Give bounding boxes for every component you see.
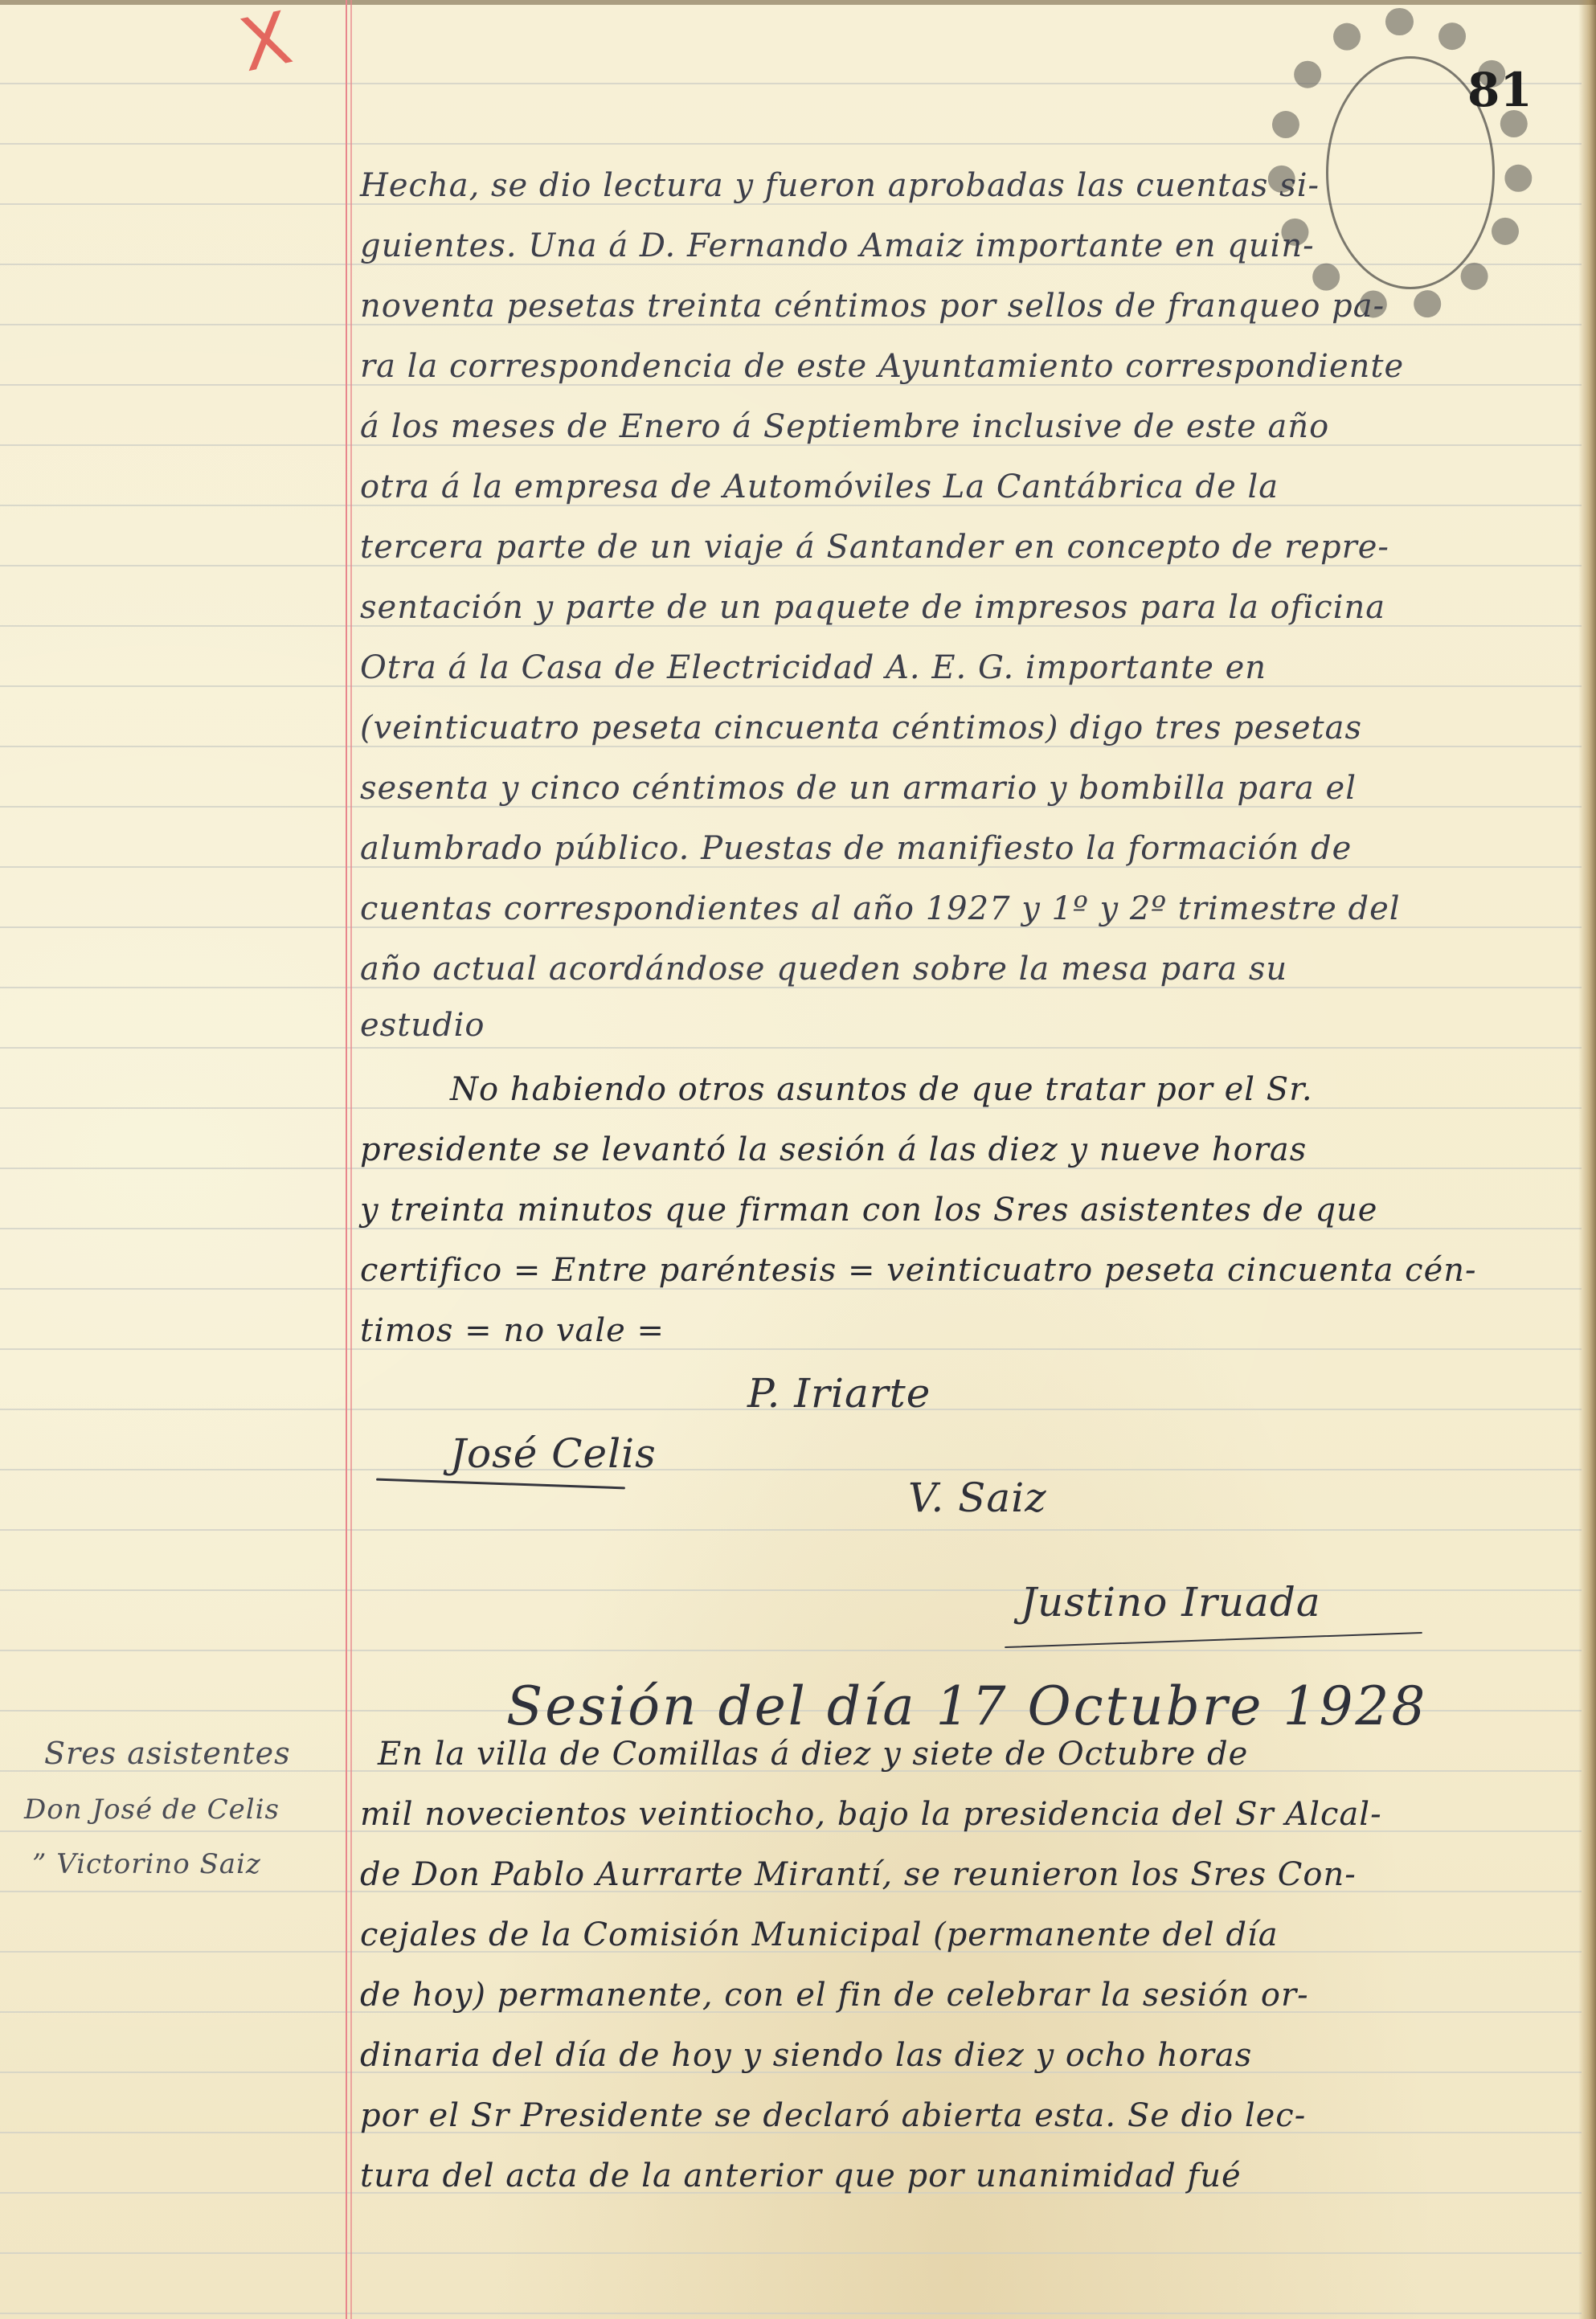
ledger-page: X 81 Hecha, se dio lectura y fueron apro… (0, 0, 1596, 2319)
text-line: Hecha, se dio lectura y fueron aprobadas… (360, 167, 1320, 204)
text-line: En la villa de Comillas á diez y siete d… (378, 1736, 1248, 1773)
page-number: 81 (1467, 63, 1533, 117)
margin-note: Sres asistentes (44, 1736, 291, 1771)
text-line: dinaria del día de hoy y siendo las diez… (360, 2037, 1252, 2074)
margin-rule (346, 0, 347, 2319)
ruled-line (0, 2313, 1582, 2314)
text-line: tura del acta de la anterior que por una… (360, 2157, 1242, 2194)
margin-note: ” Victorino Saiz (32, 1848, 261, 1880)
text-line: de hoy) permanente, con el fin de celebr… (360, 1977, 1309, 2014)
closing-line: y treinta minutos que firman con los Sre… (360, 1192, 1377, 1229)
margin-rule-secondary (350, 0, 352, 2319)
closing-line: certifico = Entre paréntesis = veinticua… (360, 1252, 1477, 1289)
ruled-line (0, 1047, 1582, 1049)
ruled-line (0, 1348, 1582, 1350)
closing-line: No habiendo otros asuntos de que tratar … (450, 1071, 1313, 1108)
session-heading: Sesión del día 17 Octubre 1928 (506, 1675, 1427, 1737)
ruled-line (0, 2252, 1582, 2254)
ruled-line (0, 1650, 1582, 1651)
closing-line: presidente se levantó la sesión á las di… (360, 1131, 1307, 1168)
page-binding-edge (1578, 0, 1596, 2319)
signature: Justino Iruada (1021, 1579, 1321, 1626)
text-line: (veinticuatro peseta cincuenta céntimos)… (360, 710, 1362, 746)
text-line: mil novecientos veintiocho, bajo la pres… (360, 1796, 1382, 1833)
red-x-mark: X (233, 0, 299, 88)
margin-note: Don José de Celis (24, 1793, 280, 1826)
text-line: otra á la empresa de Automóviles La Cant… (360, 468, 1279, 505)
signature: P. Iriarte (747, 1370, 931, 1417)
closing-line: timos = no vale = (360, 1312, 665, 1349)
text-line: por el Sr Presidente se declaró abierta … (360, 2097, 1306, 2134)
text-line: ra la correspondencia de este Ayuntamien… (360, 348, 1404, 385)
ruled-line (0, 1469, 1582, 1470)
text-line: tercera parte de un viaje á Santander en… (360, 529, 1389, 566)
text-line: Otra á la Casa de Electricidad A. E. G. … (360, 649, 1267, 686)
text-line: alumbrado público. Puestas de manifiesto… (360, 830, 1352, 867)
signature-flourish (376, 1479, 625, 1490)
text-line: año actual acordándose queden sobre la m… (360, 951, 1287, 988)
text-line: noventa pesetas treinta céntimos por sel… (360, 288, 1385, 325)
text-line: estudio (360, 1007, 485, 1044)
ruled-line (0, 1589, 1582, 1591)
text-line: sentación y parte de un paquete de impre… (360, 589, 1385, 626)
text-line: cuentas correspondientes al año 1927 y 1… (360, 890, 1401, 927)
text-line: sesenta y cinco céntimos de un armario y… (360, 770, 1357, 807)
text-line: cejales de la Comisión Municipal (perman… (360, 1916, 1279, 1953)
ruled-line (0, 1529, 1582, 1531)
text-line: guientes. Una á D. Fernando Amaiz import… (360, 227, 1315, 264)
signature: V. Saiz (908, 1474, 1047, 1521)
text-line: á los meses de Enero á Septiembre inclus… (360, 408, 1329, 445)
signature: José Celis (450, 1430, 657, 1477)
text-line: de Don Pablo Aurrarte Mirantí, se reunie… (360, 1856, 1357, 1893)
signature-flourish (1005, 1632, 1422, 1648)
